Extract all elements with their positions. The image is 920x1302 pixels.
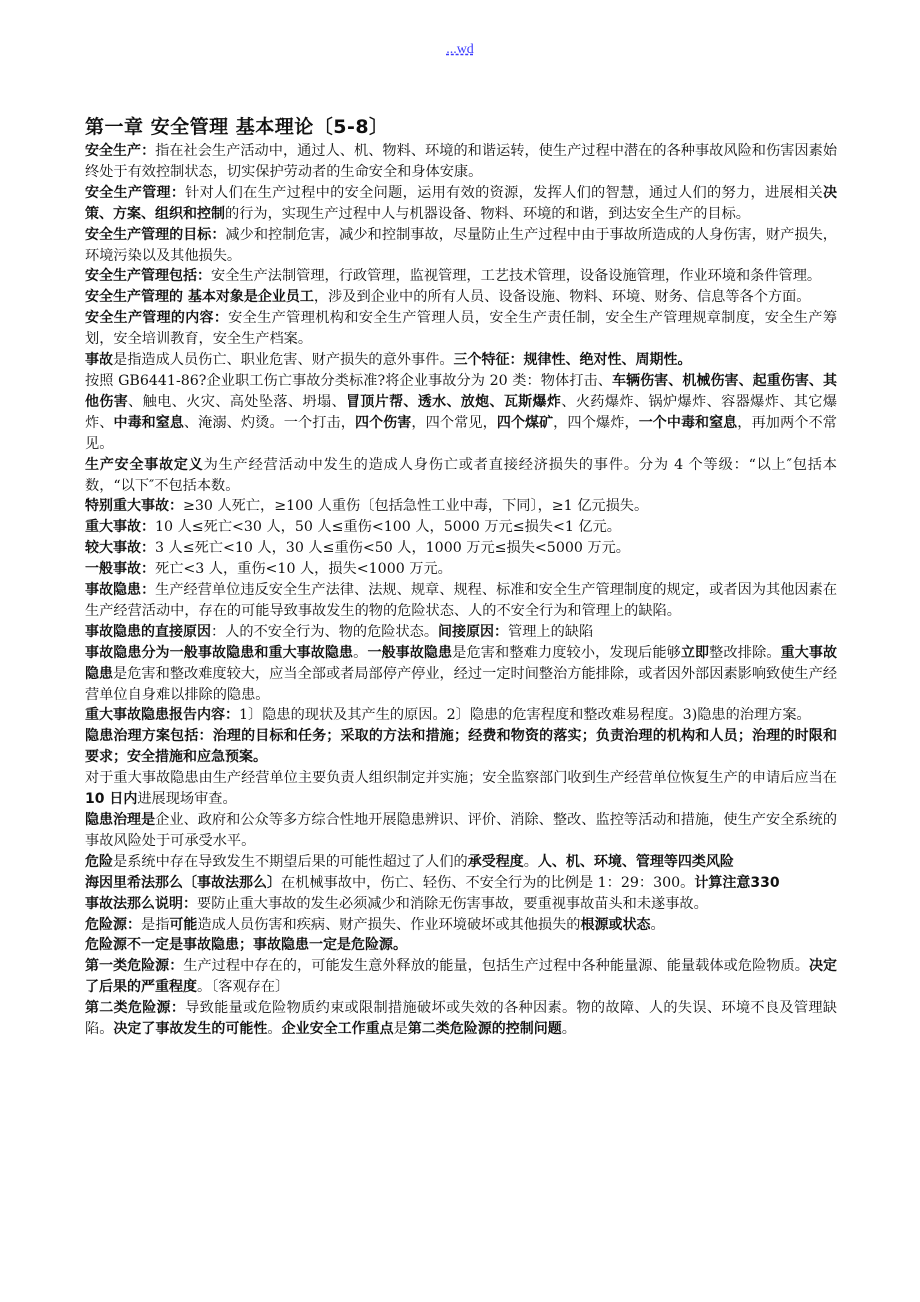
paragraph: 对于重大事故隐患由生产经营单位主要负责人组织制定并实施；安全监察部门收到生产经营… [85,768,837,810]
text: 是危害和整改难度较大，应当全部或者局部停产停业，经过一定时间整治方能排除，或者因… [85,666,837,703]
bold-text: 承受程度 [468,854,524,870]
text: 进展现场审查。 [137,791,236,807]
bold-text: 事故法那么说明： [85,896,197,912]
bold-text: 四个煤矿 [497,415,553,431]
paragraph: 安全生产管理包括：安全生产法制管理，行政管理，监视管理，工艺技术管理，设备设施管… [85,266,837,287]
paragraph: 安全生产管理的 基本对象是企业员工，涉及到企业中的所有人员、设备设施、物料、环境… [85,287,837,308]
paragraph: 重大事故隐患报告内容：1〕隐患的现状及其产生的原因。2〕隐患的危害程度和整改难易… [85,705,837,726]
text: 。 [267,1021,281,1037]
paragraph: 特别重大事故：≥30 人死亡，≥100 人重伤〔包括急性工业中毒，下同〕，≥1 … [85,496,837,517]
text: 安全生产法制管理，行政管理，监视管理，工艺技术管理，设备设施管理，作业环境和条件… [211,268,821,284]
bold-text: 计算注意330 [694,875,779,891]
text: 。 [353,645,367,661]
bold-text: 一个中毒和窒息 [639,415,738,431]
text: 是指造成人员伤亡、职业危害、财产损失的意外事件。 [113,352,454,368]
text: ，四个常见， [411,415,497,431]
paragraph: 危险源不一定是事故隐患；事故隐患一定是危险源。 [85,935,837,956]
paragraph: 隐患治理是企业、政府和公众等多方综合性地开展隐患辨识、评价、消除、整改、监控等活… [85,810,837,852]
text: 是指 [141,917,169,933]
paragraph: 安全生产管理：针对人们在生产过程中的安全问题，运用有效的资源，发挥人们的智慧，通… [85,183,837,225]
bold-text: 根源或状态 [580,917,650,933]
bold-text: 一般事故： [85,561,155,577]
paragraph: 按照 GB6441-86?企业职工伤亡事故分类标准?将企业事故分为 20 类：物… [85,371,837,455]
text: 10 人≤死亡<30 人，50 人≤重伤<100 人，5000 万元≤损失<1 … [155,519,621,535]
bold-text: 事故隐患分为一般事故隐患和重大事故隐患 [85,645,353,661]
paragraph-list: 安全生产：指在社会生产活动中，通过人、机、物料、环境的和谐运转，使生产过程中潜在… [85,141,837,1040]
bold-text: 事故隐患的直接原因 [85,624,211,640]
text: 在机械事故中，伤亡、轻伤、不安全行为的比例是 1：29：300。 [281,875,694,891]
text: ，四个爆炸， [553,415,639,431]
bold-text: 重大事故隐患报告内容： [85,707,239,723]
bold-text: 第一类危险源： [85,958,183,974]
bold-text: 安全生产管理的目标： [85,227,225,243]
text: 、淹溺、灼烫。一个打击， [184,415,355,431]
bold-text: 安全生产： [85,143,155,159]
paragraph: 生产安全事故定义为生产经营活动中发生的造成人身伤亡或者直接经济损失的事件。分为 … [85,455,837,497]
text: 3 人≤死亡<10 人，30 人≤重伤<50 人，1000 万元≤损失<5000… [155,540,630,556]
bold-text: 海因里希法那么〔事故法那么〕 [85,875,281,891]
text: 。〔客观存在〕 [197,979,289,995]
bold-text: 人、机、环境、管理等四类风险 [538,854,734,870]
paragraph: 安全生产管理的内容：安全生产管理机构和安全生产管理人员，安全生产责任制，安全生产… [85,308,837,350]
text: 管理上的缺陷 [508,624,593,640]
text: 、触电、火灾、高处坠落、坍塌、 [128,394,346,410]
text: 1〕隐患的现状及其产生的原因。2〕隐患的危害程度和整改难易程度。3)隐患的治理方… [239,707,811,723]
paragraph: 危险源：是指可能造成人员伤害和疾病、财产损失、作业环境破坏或其他损失的根源或状态… [85,915,837,936]
paragraph: 第一类危险源：生产过程中存在的，可能发生意外释放的能量，包括生产过程中各种能量源… [85,956,837,998]
paragraph: 事故隐患：生产经营单位违反安全生产法律、法规、规章、规程、标准和安全生产管理制度… [85,580,837,622]
bold-text: 企业安全工作重点 [282,1021,394,1037]
header-link[interactable]: ...wd [0,42,920,58]
text: ：人的不安全行为、物的危险状态。 [211,624,438,640]
text: 整改排除。 [709,645,781,661]
text: 是系统中存在导致发生不期望后果的可能性超过了人们的 [113,854,468,870]
chapter-title: 第一章 安全管理 基本理论〔5-8〕 [85,114,837,141]
text: 按照 GB6441-86?企业职工伤亡事故分类标准?将企业事故分为 20 类：物… [85,373,612,389]
text: 。 [524,854,538,870]
text: 要防止重大事故的发生必须减少和消除无伤害事故，要重视事故苗头和未遂事故。 [197,896,708,912]
paragraph: 安全生产管理的目标：减少和控制危害，减少和控制事故，尽量防止生产过程中由于事故所… [85,225,837,267]
bold-text: 事故隐患： [85,582,155,598]
paragraph: 重大事故：10 人≤死亡<30 人，50 人≤重伤<100 人，5000 万元≤… [85,517,837,538]
bold-text: 安全生产管理的 基本对象是企业员工 [85,289,314,305]
bold-text: 危险源： [85,917,141,933]
bold-text: 重大事故： [85,519,155,535]
paragraph: 较大事故：3 人≤死亡<10 人，30 人≤重伤<50 人，1000 万元≤损失… [85,538,837,559]
bold-text: 一般事故隐患 [367,645,452,661]
bold-text: 安全生产管理的内容： [85,310,228,326]
paragraph: 隐患治理方案包括：治理的目标和任务；采取的方法和措施；经费和物资的落实；负责治理… [85,726,837,768]
bold-text: 安全生产管理包括： [85,268,211,284]
text: ≥30 人死亡，≥100 人重伤〔包括急性工业中毒，下同〕，≥1 亿元损失。 [183,498,648,514]
paragraph: 一般事故：死亡<3 人，重伤<10 人，损失<1000 万元。 [85,559,837,580]
paragraph: 安全生产：指在社会生产活动中，通过人、机、物料、环境的和谐运转，使生产过程中潜在… [85,141,837,183]
bold-text: 决定了事故发生的可能性 [113,1021,267,1037]
text: 是 [394,1021,408,1037]
text: 。 [562,1021,576,1037]
paragraph: 事故法那么说明：要防止重大事故的发生必须减少和消除无伤害事故，要重视事故苗头和未… [85,894,837,915]
document-body: 第一章 安全管理 基本理论〔5-8〕 安全生产：指在社会生产活动中，通过人、机、… [85,114,837,1040]
bold-text: 安全生产管理： [85,185,185,201]
text: 生产经营单位违反安全生产法律、法规、规章、规程、标准和安全生产管理制度的规定，或… [85,582,837,619]
paragraph: 事故隐患分为一般事故隐患和重大事故隐患。一般事故隐患是危害和整难力度较小，发现后… [85,643,837,706]
text: 的行为，实现生产过程中人与机器设备、物料、环境的和谐，到达安全生产的目标。 [225,206,750,222]
paragraph: 事故是指造成人员伤亡、职业危害、财产损失的意外事件。三个特征：规律性、绝对性、周… [85,350,837,371]
bold-text: 隐患治理方案包括：治理的目标和任务；采取的方法和措施；经费和物资的落实；负责治理… [85,728,837,765]
bold-text: 第二类危险源的控制问题 [408,1021,562,1037]
text: 造成人员伤害和疾病、财产损失、作业环境破坏或其他损失的 [197,917,580,933]
text: 。 [650,917,664,933]
text: 是危害和整难力度较小，发现后能够 [452,645,681,661]
text: 生产过程中存在的，可能发生意外释放的能量，包括生产过程中各种能量源、能量载体或危… [183,958,809,974]
bold-text: 冒顶片帮、透水、放炮、瓦斯爆炸 [346,394,561,410]
text: 针对人们在生产过程中的安全问题，运用有效的资源，发挥人们的智慧，通过人们的努力，… [185,185,823,201]
bold-text: 较大事故： [85,540,155,556]
bold-text: 中毒和窒息 [114,415,184,431]
bold-text: 特别重大事故： [85,498,183,514]
text: 对于重大事故隐患由生产经营单位主要负责人组织制定并实施；安全监察部门收到生产经营… [85,770,837,786]
bold-text: 10 日内 [85,791,137,807]
paragraph: 海因里希法那么〔事故法那么〕在机械事故中，伤亡、轻伤、不安全行为的比例是 1：2… [85,873,837,894]
text: ，涉及到企业中的所有人员、设备设施、物料、环境、财务、信息等各个方面。 [314,289,811,305]
bold-text: 生产安全事故定义 [85,457,204,473]
text: 企业、政府和公众等多方综合性地开展隐患辨识、评价、消除、整改、监控等活动和措施，… [85,812,837,849]
bold-text: 四个伤害 [355,415,411,431]
bold-text: 事故 [85,352,113,368]
text: 死亡<3 人，重伤<10 人，损失<1000 万元。 [155,561,452,577]
bold-text: 三个特征：规律性、绝对性、周期性。 [454,352,692,368]
bold-text: 第二类危险源： [85,1000,185,1016]
bold-text: 间接原因： [438,624,508,640]
bold-text: 可能 [169,917,197,933]
bold-text: 危险源不一定是事故隐患；事故隐患一定是危险源。 [85,937,407,953]
bold-text: 立即 [681,645,709,661]
paragraph: 第二类危险源：导致能量或危险物质约束或限制措施破坏或失效的各种因素。物的故障、人… [85,998,837,1040]
bold-text: 危险 [85,854,113,870]
text: 指在社会生产活动中，通过人、机、物料、环境的和谐运转，使生产过程中潜在的各种事故… [85,143,837,180]
paragraph: 事故隐患的直接原因：人的不安全行为、物的危险状态。间接原因：管理上的缺陷 [85,622,837,643]
paragraph: 危险是系统中存在导致发生不期望后果的可能性超过了人们的承受程度。人、机、环境、管… [85,852,837,873]
bold-text: 隐患治理是 [85,812,155,828]
